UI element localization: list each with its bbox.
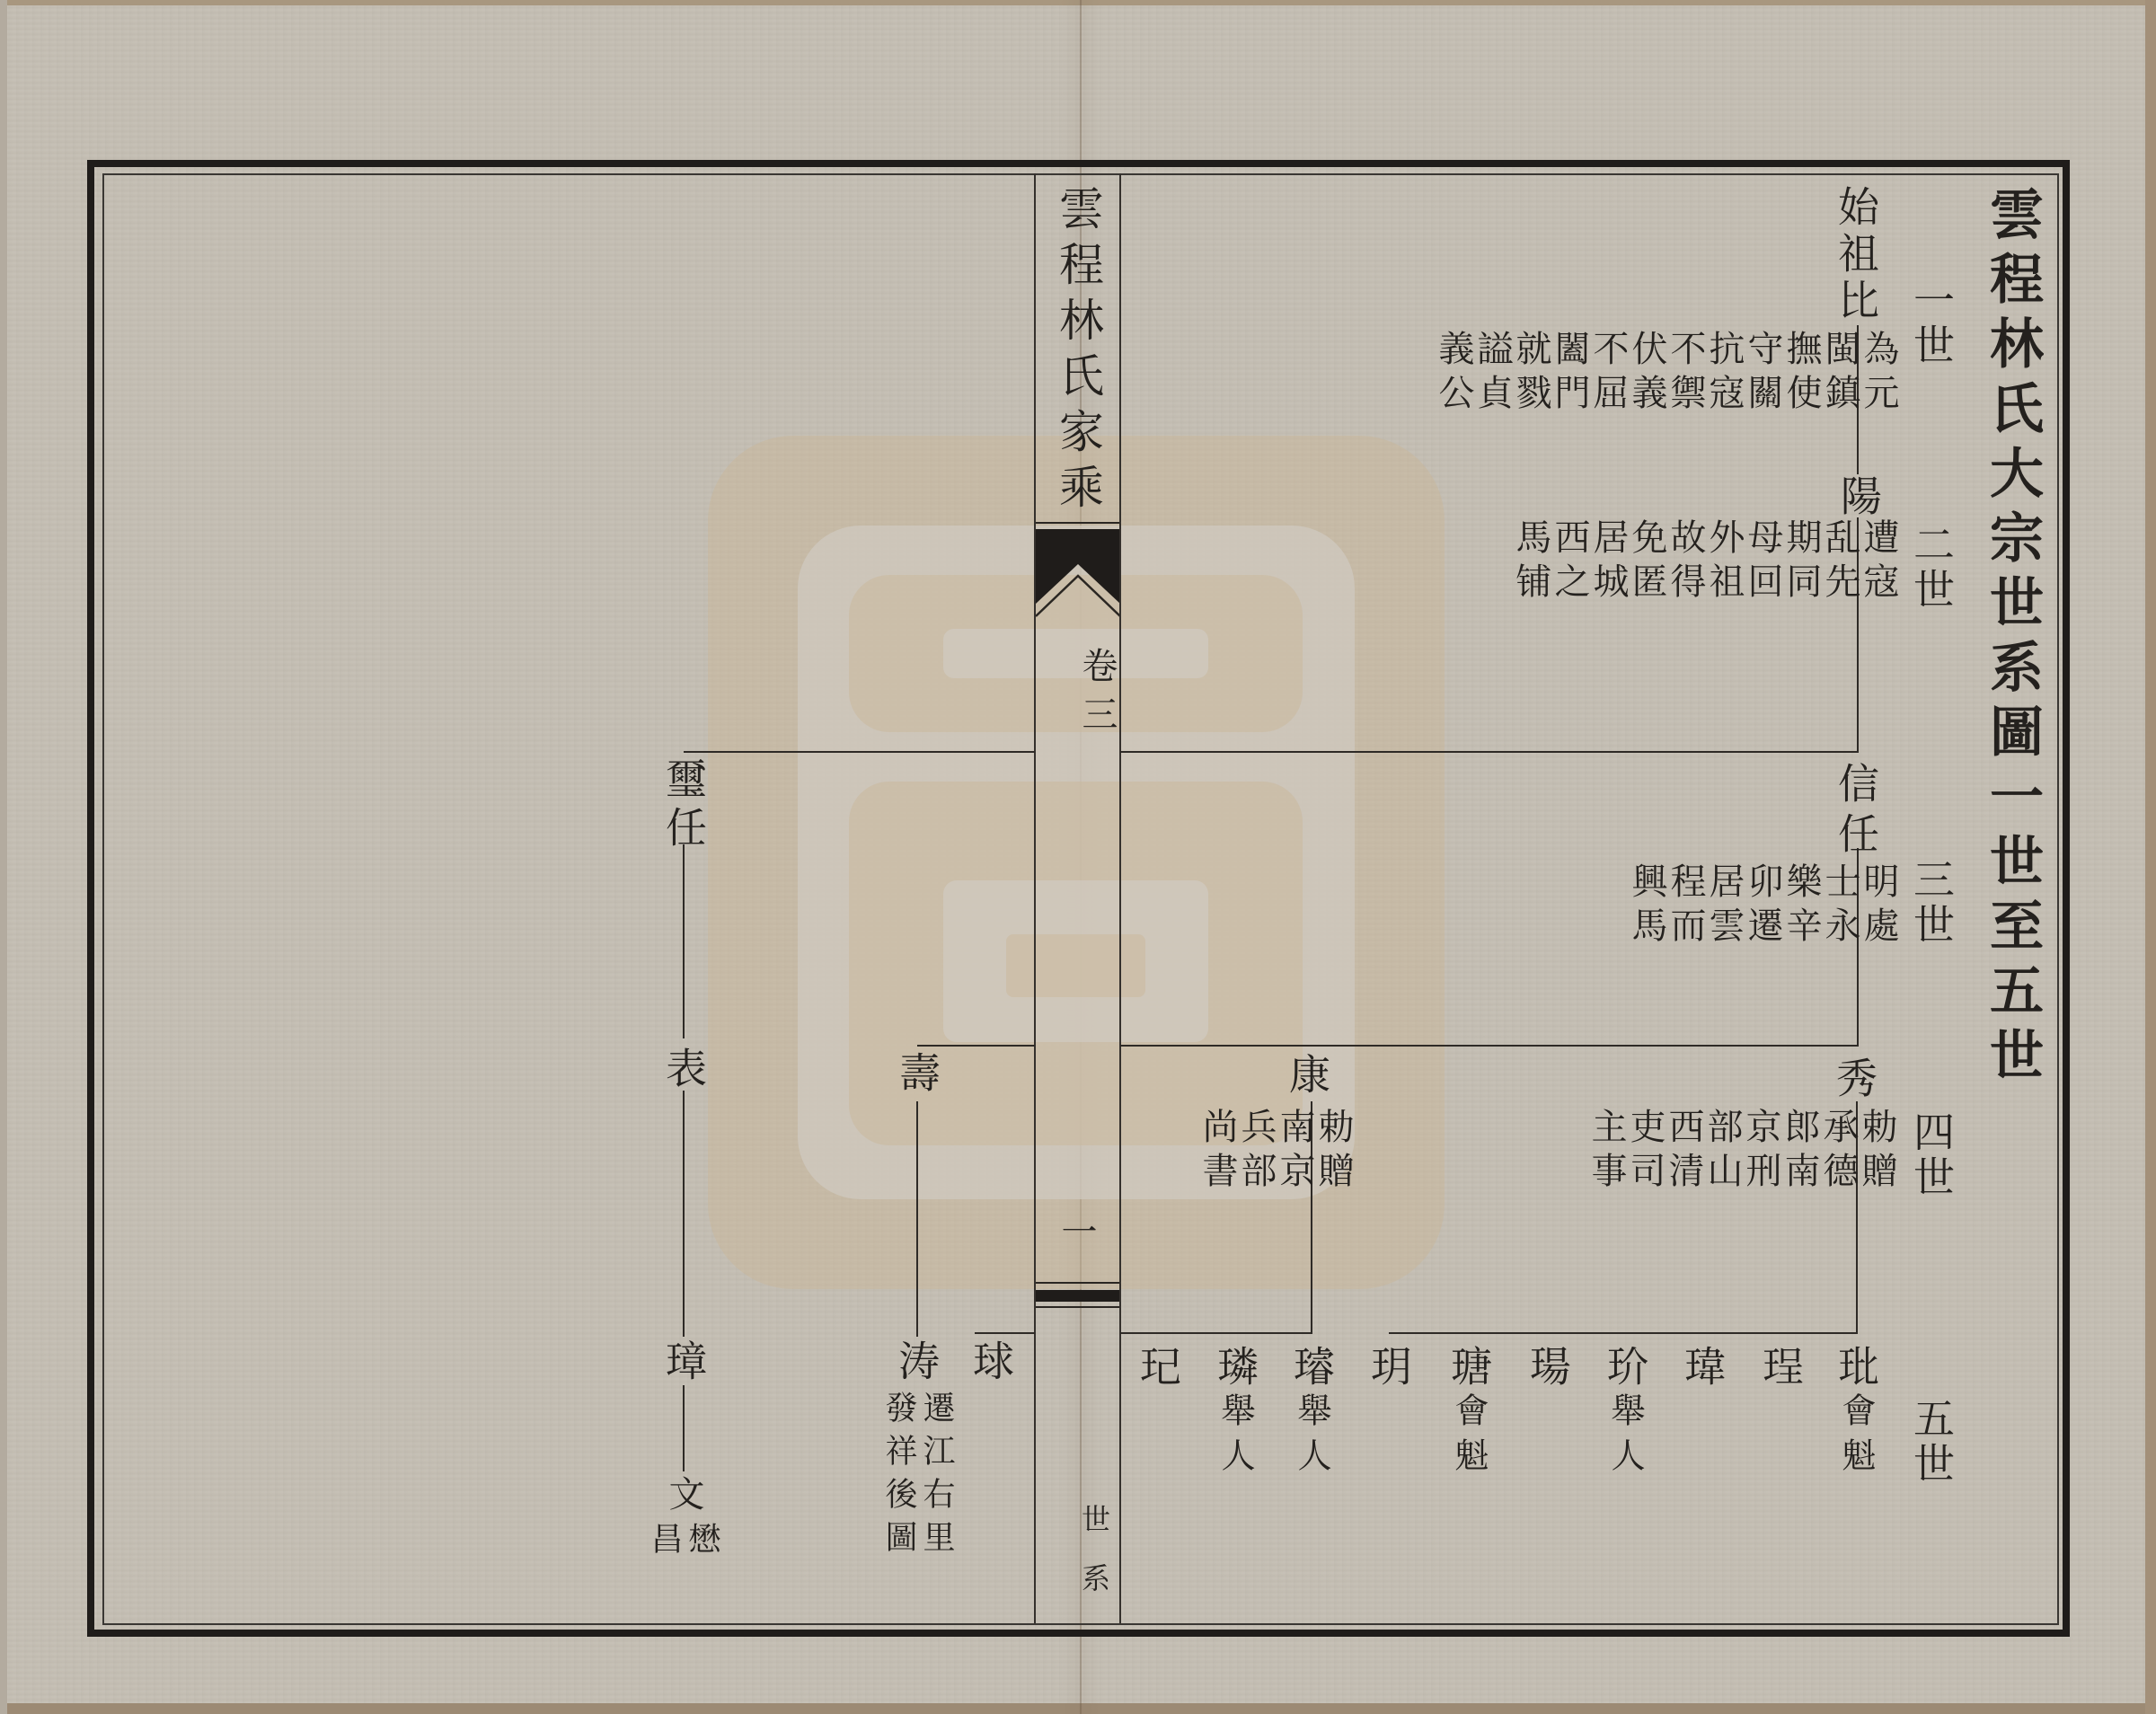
tree-line-gen4-branch-left <box>917 1045 1035 1047</box>
person-name-shou: 壽 <box>897 1051 938 1098</box>
tree-line-zhang-down <box>683 1385 685 1471</box>
tree-line-kang-children-left <box>975 1332 1035 1334</box>
person-name-gen5-11: 球 <box>970 1339 1012 1386</box>
person-name-gen5-3: 瑋 <box>1682 1345 1723 1392</box>
person-name-gen5-9: 璘 <box>1215 1345 1256 1392</box>
person-name-gen5-1: 玭 <box>1835 1345 1877 1392</box>
person-name-xiu: 秀 <box>1833 1056 1875 1103</box>
person-name-gen5-12: 涛 <box>896 1339 937 1386</box>
person-name-gen5-10: 玘 <box>1137 1345 1179 1392</box>
tree-line-xiu-children <box>1389 1332 1858 1334</box>
tree-line-gen3-branch-left <box>684 751 1035 753</box>
person-note-yang: 遭寇乱先期同母回外祖故得免匿居城西之馬铺 <box>1511 518 1897 608</box>
gen6-given-characters: 懋昌 <box>645 1522 720 1558</box>
person-name-gen5-13: 璋 <box>663 1339 704 1386</box>
person-note-gen5-4: 舉人 <box>1608 1392 1642 1482</box>
tree-line-shou-down <box>916 1101 918 1337</box>
person-note-gen5-8: 舉人 <box>1294 1392 1329 1482</box>
spine-section-label: 世系 <box>1080 1504 1109 1622</box>
person-name-kang: 康 <box>1286 1053 1328 1100</box>
tree-line-kang-children-right <box>1120 1332 1312 1334</box>
tree-line-gen4-branch-right <box>1120 1045 1859 1047</box>
person-name-yang: 陽 <box>1838 474 1879 521</box>
spine-volume-label: 卷三 <box>1079 647 1115 744</box>
generation-label-4: 四世 <box>1911 1110 1952 1200</box>
spine-right-border <box>1119 173 1121 1623</box>
person-note-xinren: 明處士永樂辛卯遷居雲程而興馬 <box>1627 862 1897 952</box>
person-name-gen5-2: 珵 <box>1760 1345 1801 1392</box>
person-note-gen5-12: 遷江右里發祥後圖 <box>879 1391 955 1567</box>
tree-line-xiren-down <box>683 844 685 1038</box>
person-name-gen5-4: 玠 <box>1604 1345 1646 1392</box>
gen6-shared-character: 文 <box>666 1475 702 1516</box>
person-name-gen5-7: 玥 <box>1368 1345 1409 1392</box>
tree-line-biao-down <box>683 1091 685 1337</box>
person-note-shizu-bi: 為元閩鎮撫使守關抗寇不禦伏義不屈闔門就戮謚貞義公 <box>1434 330 1897 420</box>
generation-label-2: 二世 <box>1911 523 1952 613</box>
spine-book-title: 雲程林氏家乘 <box>1056 185 1100 519</box>
person-name-gen5-6: 瑭 <box>1448 1345 1489 1392</box>
person-note-kang: 勅贈南京兵部尚書 <box>1197 1108 1352 1197</box>
person-note-gen5-6: 會魁 <box>1452 1392 1486 1482</box>
spine-page-number: 一 <box>1058 1213 1094 1249</box>
tree-line-gen3-branch-right <box>1120 751 1859 753</box>
person-note-xiu: 勅贈承德郎南京刑部山西清吏司主事 <box>1586 1108 1895 1197</box>
person-name-biao: 表 <box>663 1047 704 1093</box>
person-name-xiren: 璽任 <box>663 757 704 854</box>
person-name-gen5-8: 璿 <box>1291 1345 1332 1392</box>
person-name-xinren: 信任 <box>1835 762 1877 862</box>
generation-label-5: 五世 <box>1911 1397 1952 1487</box>
generation-label-3: 三世 <box>1911 858 1952 948</box>
person-name-gen5-5: 瑒 <box>1527 1345 1568 1392</box>
person-name-shizu-bi: 始祖比 <box>1835 185 1877 325</box>
person-note-gen5-9: 舉人 <box>1218 1392 1252 1482</box>
generation-label-1: 一世 <box>1911 278 1952 368</box>
page-title: 雲程林氏大宗世系圖一世至五世 <box>1985 186 2039 1091</box>
person-note-gen5-1: 會魁 <box>1839 1392 1873 1482</box>
spine-left-border <box>1034 173 1036 1623</box>
